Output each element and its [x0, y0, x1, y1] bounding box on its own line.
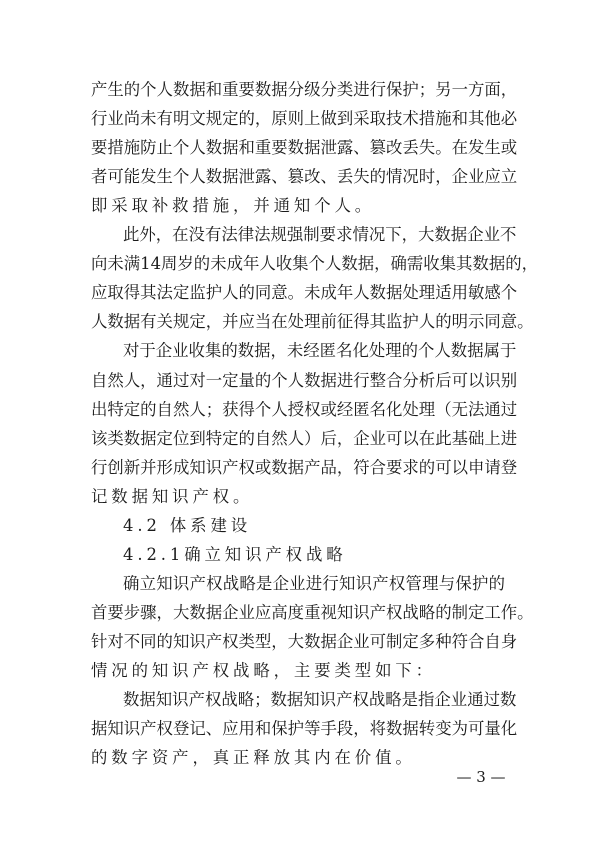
text-line: 首要步骤，大数据企业应高度重视知识产权战略的制定工作。	[91, 602, 505, 624]
text-line: 4.2.1确立知识产权战略	[123, 544, 505, 566]
text-line: 出特定的自然人；获得个人授权或经匿名化处理（无法通过	[91, 399, 505, 421]
text-line: 产生的个人数据和重要数据分级分类进行保护；另一方面，	[91, 79, 505, 101]
text-line: 自然人，通过对一定量的个人数据进行整合分析后可以识别	[91, 370, 505, 392]
text-line: 应取得其法定监护人的同意。未成年人数据处理适用敏感个	[91, 282, 505, 304]
text-line: 即采取补救措施，并通知个人。	[91, 195, 505, 217]
text-line: 行创新并形成知识产权或数据产品，符合要求的可以申请登	[91, 457, 505, 479]
text-line: 针对不同的知识产权类型，大数据企业可制定多种符合自身	[91, 631, 505, 653]
text-line: 情况的知识产权战略，主要类型如下：	[91, 660, 505, 682]
text-line: 此外，在没有法律法规强制要求情况下，大数据企业不	[123, 224, 505, 246]
text-line: 人数据有关规定，并应当在处理前征得其监护人的明示同意。	[91, 311, 505, 333]
text-line: 确立知识产权战略是企业进行知识产权管理与保护的	[123, 573, 505, 595]
document-page: 产生的个人数据和重要数据分级分类进行保护；另一方面，行业尚未有明文规定的，原则上…	[0, 0, 595, 841]
text-line: 记数据知识产权。	[91, 486, 505, 508]
text-line: 向未满14周岁的未成年人收集个人数据，确需收集其数据的，	[91, 253, 505, 275]
text-line: 者可能发生个人数据泄露、篡改、丢失的情况时，企业应立	[91, 166, 505, 188]
text-line: 行业尚未有明文规定的，原则上做到采取技术措施和其他必	[91, 108, 505, 130]
text-line: 的数字资产，真正释放其内在价值。	[91, 747, 505, 769]
page-number: — 3 —	[455, 766, 507, 788]
text-line: 该类数据定位到特定的自然人）后，企业可以在此基础上进	[91, 428, 505, 450]
text-line: 对于企业收集的数据，未经匿名化处理的个人数据属于	[123, 340, 505, 362]
text-line: 要措施防止个人数据和重要数据泄露、篡改丢失。在发生或	[91, 137, 505, 159]
text-line: 数据知识产权战略；数据知识产权战略是指企业通过数	[123, 689, 505, 711]
text-line: 4.2 体系建设	[123, 515, 505, 537]
text-line: 据知识产权登记、应用和保护等手段，将数据转变为可量化	[91, 718, 505, 740]
